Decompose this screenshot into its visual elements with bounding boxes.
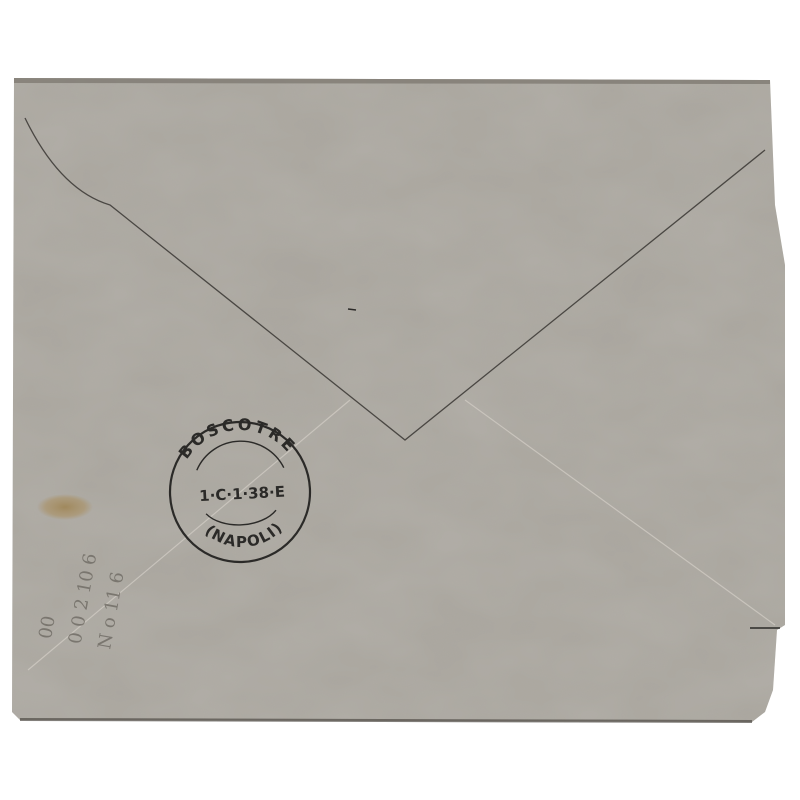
envelope [12, 78, 785, 723]
stain [37, 494, 93, 520]
envelope-scene: BOSCOTRE 1·C·1·38·E (NAPOLI) 00 0 0 2 10… [0, 0, 800, 800]
pencil-line-1: 00 [35, 614, 60, 640]
top-edge [14, 78, 770, 84]
ink-speck [348, 309, 356, 310]
